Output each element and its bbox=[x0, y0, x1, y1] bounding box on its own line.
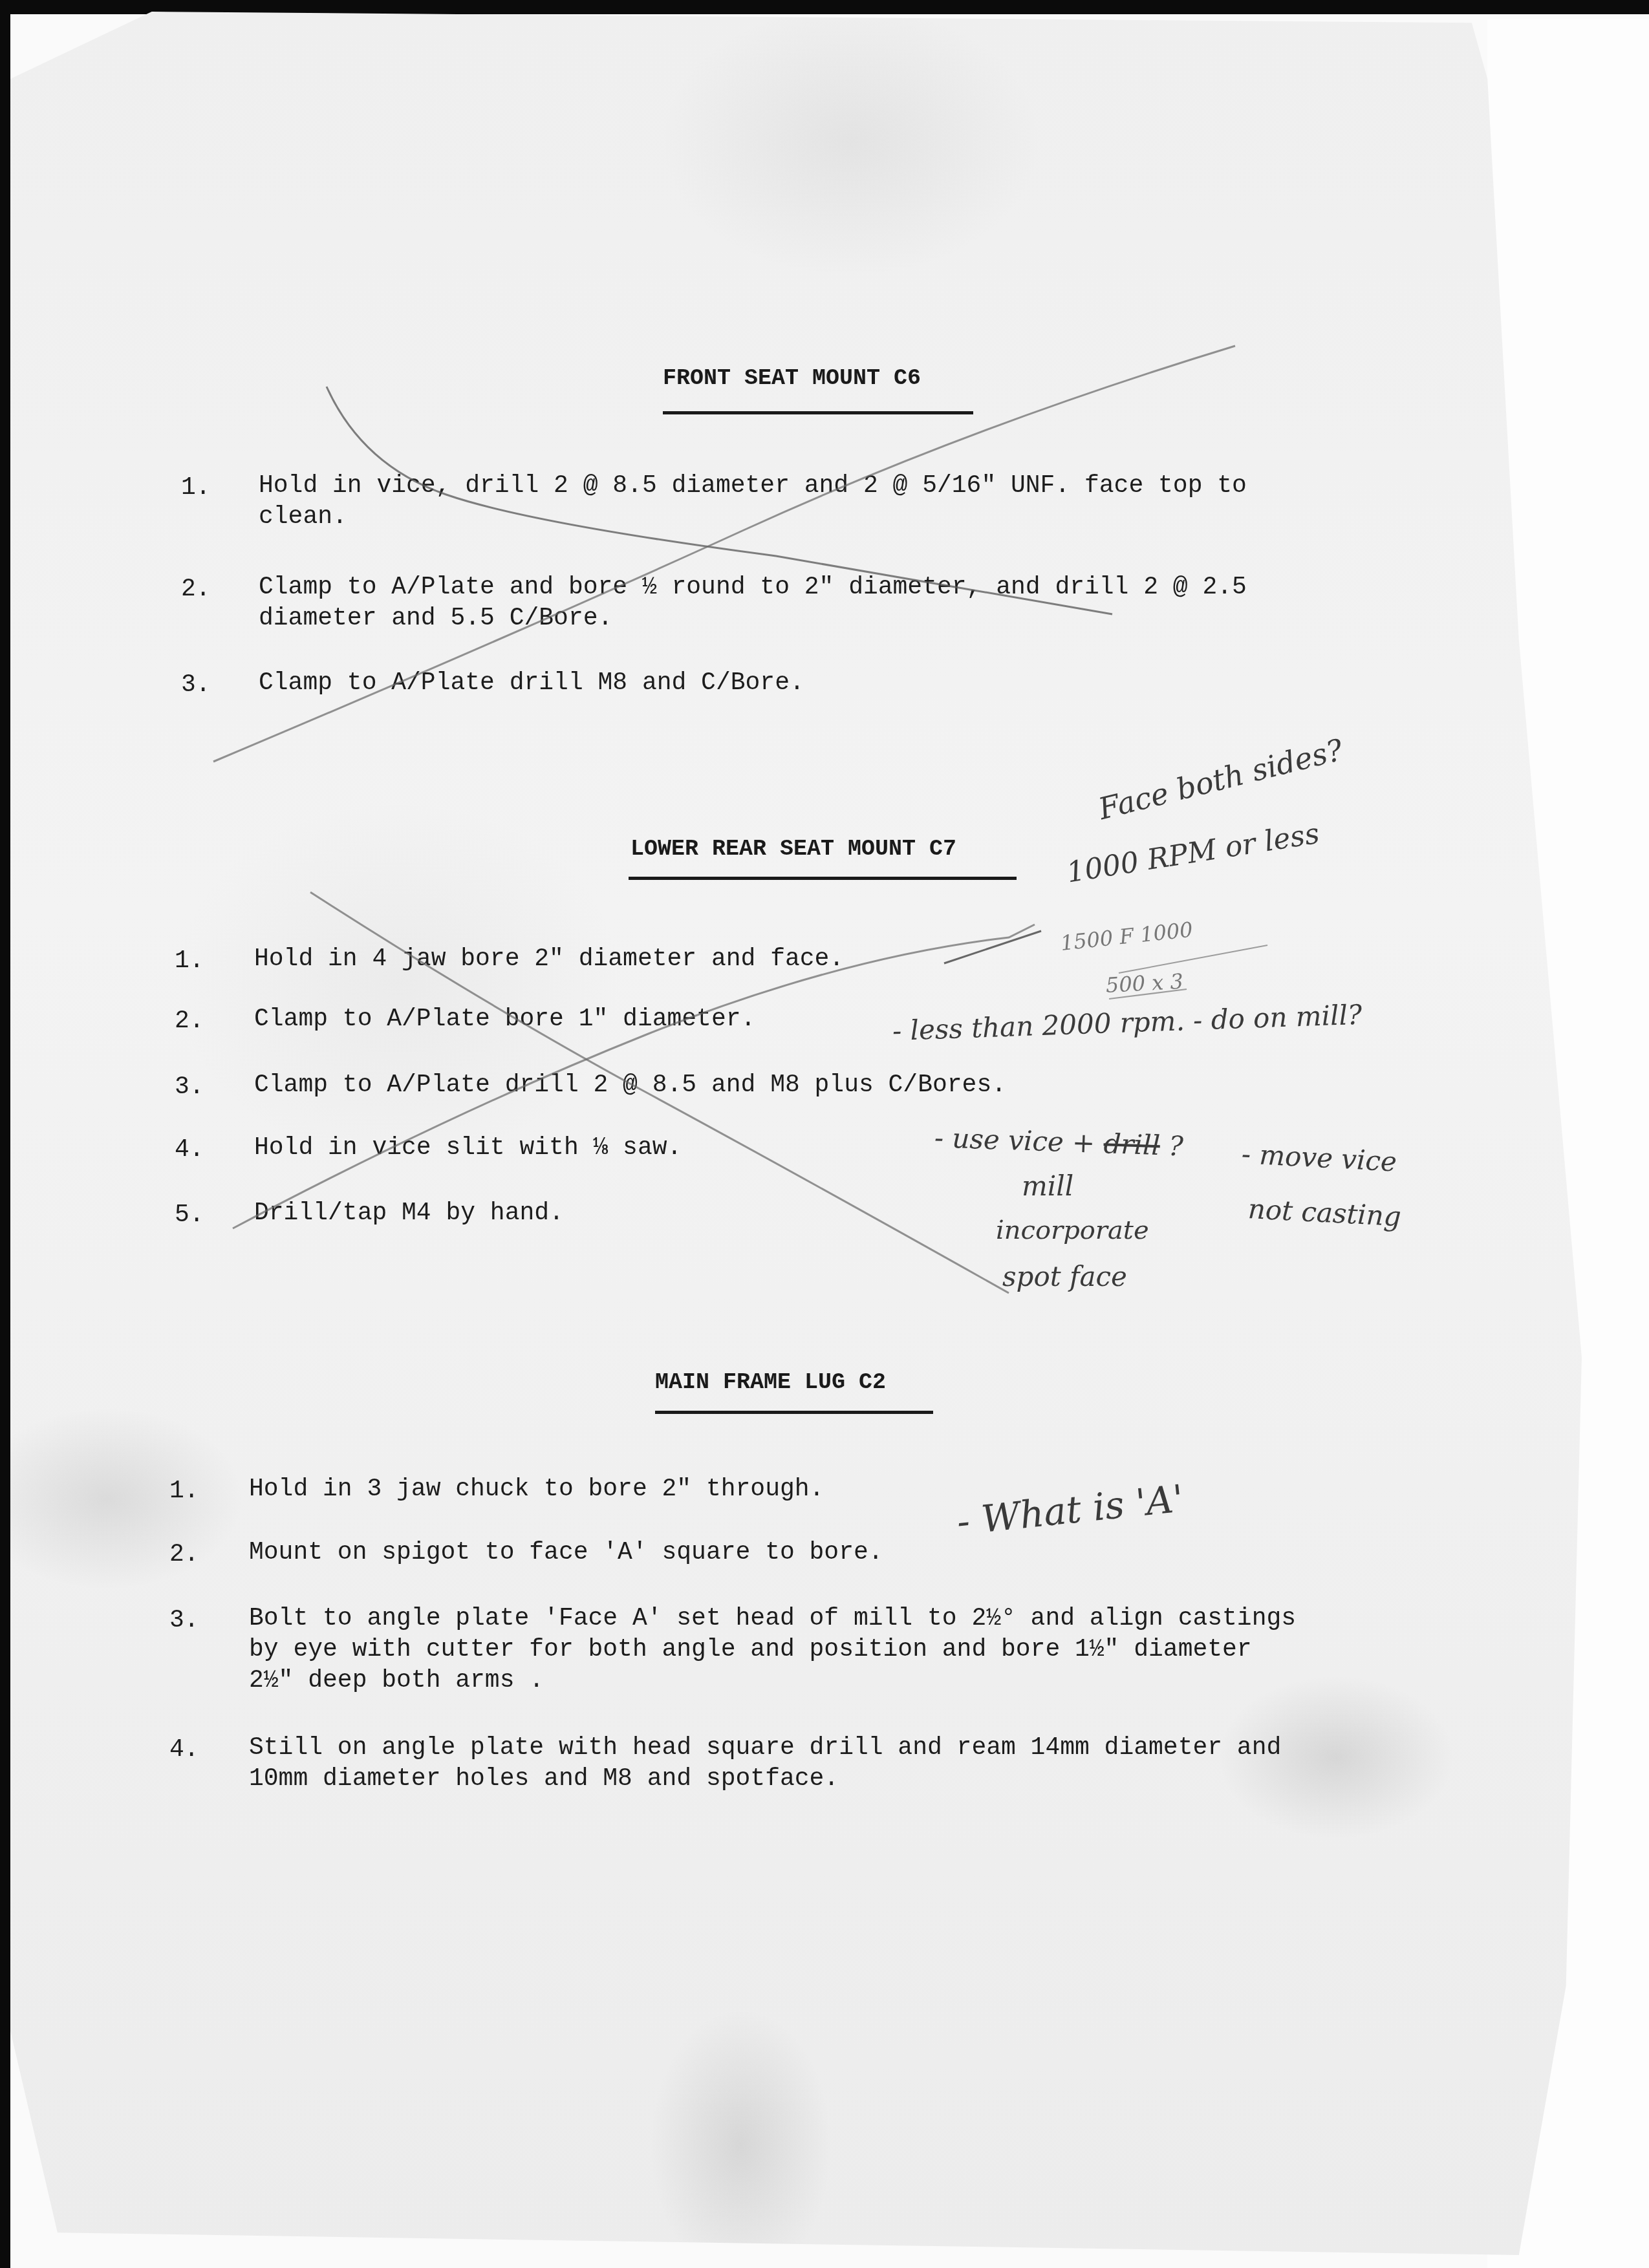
c6-item-1-number: 1. bbox=[181, 474, 211, 502]
section-title-c7: LOWER REAR SEAT MOUNT C7 bbox=[630, 836, 956, 862]
c2-item-2-text: Mount on spigot to face 'A' square to bo… bbox=[249, 1537, 883, 1568]
c7-item-2-text: Clamp to A/Plate bore 1" diameter. bbox=[254, 1004, 755, 1035]
c2-item-3-number: 3. bbox=[169, 1607, 199, 1634]
c7-item-4-number: 4. bbox=[175, 1136, 204, 1164]
paper-sheet bbox=[10, 12, 1582, 2255]
c7-item-3-text: Clamp to A/Plate drill 2 @ 8.5 and M8 pl… bbox=[254, 1070, 1006, 1101]
c7-item-4-text: Hold in vice slit with ⅛ saw. bbox=[254, 1133, 682, 1164]
note-calc-bottom: 500 x 3 bbox=[1105, 969, 1184, 998]
c7-item-1-text: Hold in 4 jaw bore 2" diameter and face. bbox=[254, 944, 844, 975]
c6-item-1-text: Hold in vice, drill 2 @ 8.5 diameter and… bbox=[259, 471, 1247, 533]
note-use-vice-prefix: - use vice + bbox=[934, 1122, 1104, 1159]
c7-item-3-number: 3. bbox=[175, 1073, 204, 1101]
section-title-c2: MAIN FRAME LUG C2 bbox=[655, 1369, 886, 1395]
note-use-vice-suffix: ? bbox=[1159, 1129, 1184, 1162]
c7-item-1-number: 1. bbox=[175, 947, 204, 975]
scan-border-top bbox=[0, 0, 1649, 14]
c7-item-5-text: Drill/tap M4 by hand. bbox=[254, 1198, 564, 1229]
c6-item-3-text: Clamp to A/Plate drill M8 and C/Bore. bbox=[259, 668, 804, 699]
note-spot-face: spot face bbox=[1002, 1261, 1127, 1292]
c2-item-2-number: 2. bbox=[169, 1541, 199, 1568]
c7-item-2-number: 2. bbox=[175, 1007, 204, 1035]
section-underline-c2 bbox=[655, 1411, 933, 1414]
c2-item-3-text: Bolt to angle plate 'Face A' set head of… bbox=[249, 1603, 1296, 1696]
section-underline-c7 bbox=[629, 877, 1017, 880]
c2-item-1-text: Hold in 3 jaw chuck to bore 2" through. bbox=[249, 1474, 824, 1505]
c2-item-4-number: 4. bbox=[169, 1736, 199, 1764]
scan-border-left bbox=[0, 0, 10, 2268]
c2-item-1-number: 1. bbox=[169, 1477, 199, 1505]
c7-item-5-number: 5. bbox=[175, 1201, 204, 1229]
c6-item-2-number: 2. bbox=[181, 575, 211, 603]
note-mill: mill bbox=[1022, 1170, 1073, 1202]
c6-item-2-text: Clamp to A/Plate and bore ½ round to 2" … bbox=[259, 572, 1247, 634]
c6-item-3-number: 3. bbox=[181, 671, 211, 699]
note-incorporate: incorporate bbox=[996, 1215, 1149, 1245]
c2-item-4-text: Still on angle plate with head square dr… bbox=[249, 1733, 1281, 1795]
section-title-c6: FRONT SEAT MOUNT C6 bbox=[663, 365, 921, 391]
note-use-vice-struck: drill bbox=[1103, 1128, 1161, 1161]
section-underline-c6 bbox=[663, 411, 973, 414]
